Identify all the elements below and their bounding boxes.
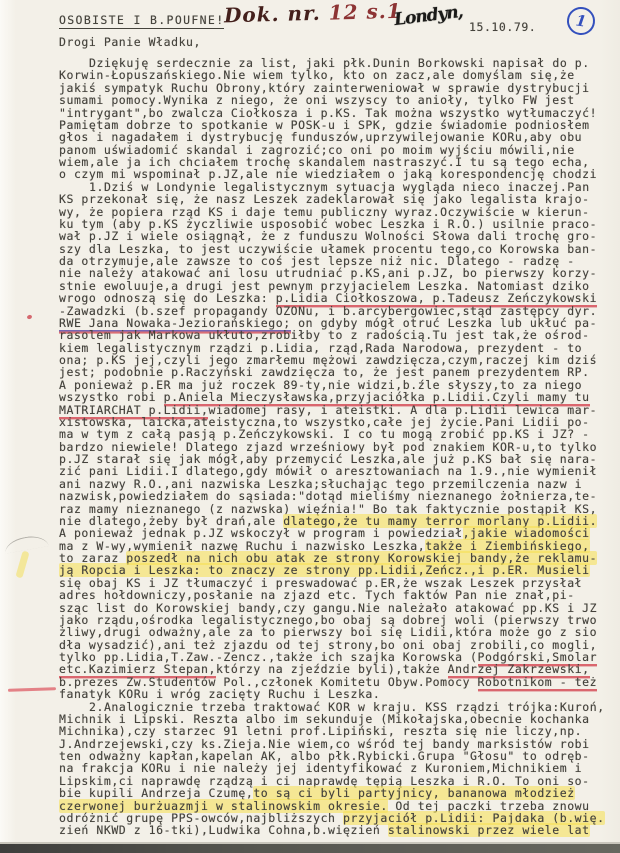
- scan-edge-band: [0, 842, 620, 853]
- page-number-circled: 1: [565, 5, 597, 37]
- letter-body: Dziękuję serdecznie za list, jaki płk.Du…: [59, 57, 616, 837]
- handwritten-doc-annotation: Dok. nr. 12 s.1: [224, 0, 402, 27]
- margin-red-dot-mark: [26, 314, 32, 319]
- margin-highlighter-dash-mark: [15, 551, 29, 579]
- doc-annotation-label: Dok. nr.: [224, 1, 321, 28]
- letter-date: 15.10.79.: [469, 20, 536, 34]
- salutation: Drogi Panie Władku,: [59, 35, 201, 49]
- red-underlined-text: Robotnikom - też: [478, 675, 598, 689]
- highlighted-text: stalinowski przez wiele lat: [388, 823, 590, 837]
- classification-header: OSOBISTE I B.POUFNE!: [59, 13, 224, 29]
- page-number: 1: [575, 11, 588, 30]
- text-line: zień NKWD z 16-tki),Ludwika Cohna,b.więz…: [59, 824, 616, 836]
- handwritten-place: Londyn,: [393, 2, 464, 30]
- doc-annotation-number: 12 s.1: [328, 0, 402, 25]
- text-segment: zień NKWD z 16-tki),Ludwika Cohna,b.więz…: [59, 823, 388, 837]
- margin-red-pen-dash-mark: [8, 687, 56, 691]
- scanned-letter-page: OSOBISTE I B.POUFNE! Dok. nr. 12 s.1 Lon…: [0, 0, 620, 853]
